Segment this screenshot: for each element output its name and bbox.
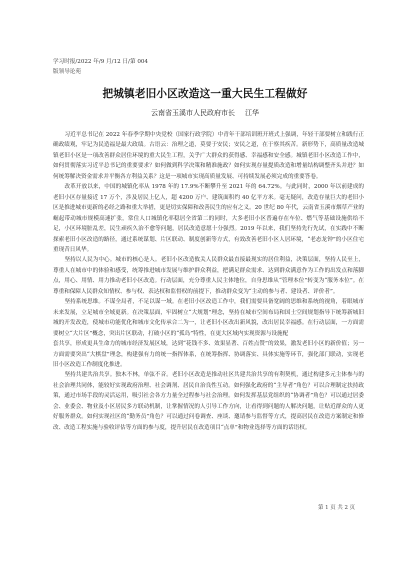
- paragraph-co-governance: 坚持共建共治共享。独木不林，单弦不音。老旧小区改造是推动社区共建共治共享的有利契…: [53, 370, 364, 433]
- paragraph-intro: 习近平总书记在 2022 年春季学期中央党校（国家行政学院）中青年干部培训班开班…: [53, 130, 364, 182]
- paragraph-background: 改革开放以来，中国的城镇化率从 1978 年的 17.9%不断攀升至 2021 …: [53, 182, 364, 255]
- author-affiliation: 云南省玉溪市人民政府市长: [151, 109, 235, 117]
- document-page: 学习时报/2022 年/9 月/12 日/第 004 版领导论苑 把城镇老旧小区…: [0, 0, 410, 580]
- paragraph-systems-thinking-continued: 套共享，形成更具生命力的城市经济发展区域，达到“花钱不多、效果显著、百姓点赞”的…: [53, 339, 364, 370]
- paragraph-systems-thinking: 坚持系统思维。不谋全局者，不足以谋一域。在老旧小区改造工作中，我们需要具备宽阔的…: [53, 297, 364, 339]
- publication-date-line: 学习时报/2022 年/9 月/12 日/第 004: [53, 57, 148, 67]
- article-byline: 云南省玉溪市人民政府市长江华: [0, 108, 410, 118]
- publication-section: 版领导论苑: [53, 67, 148, 77]
- author-name: 江华: [245, 109, 259, 117]
- page-number: 第 1 页 共 2 页: [318, 503, 355, 511]
- publication-meta: 学习时报/2022 年/9 月/12 日/第 004 版领导论苑: [53, 57, 148, 77]
- article-title: 把城镇老旧小区改造这一重大民生工程做好: [0, 86, 410, 101]
- article-body: 习近平总书记在 2022 年春季学期中央党校（国家行政学院）中青年干部培训班开班…: [53, 130, 364, 433]
- paragraph-people-centered: 坚持以人民为中心。城市的核心是人。老旧小区改造攸关人民群众最直接最现实的居住利益…: [53, 255, 364, 297]
